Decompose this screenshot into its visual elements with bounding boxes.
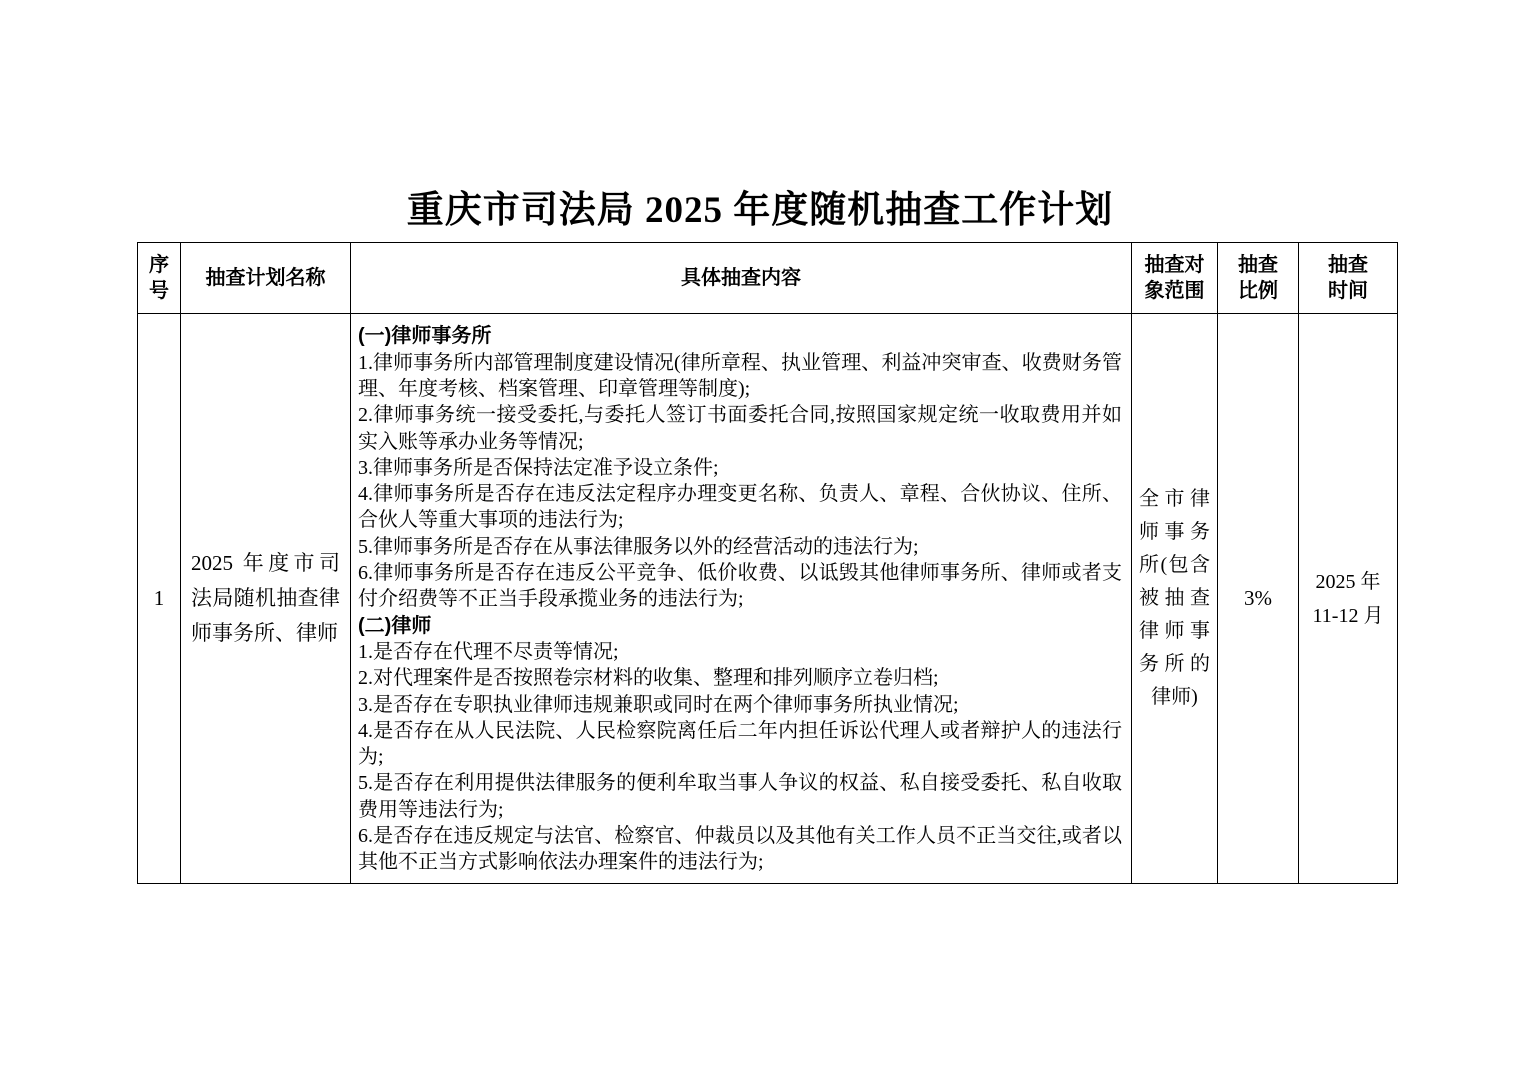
header-label-content: 具体抽查内容 — [681, 267, 801, 289]
header-label-scope: 抽查对象范围 — [1143, 252, 1207, 304]
content-item: 3.是否存在专职执业律师违规兼职或同时在两个律师事务所执业情况; — [358, 692, 1122, 718]
content-item: 6.律师事务所是否存在违反公平竞争、低价收费、以诋毁其他律师事务所、律师或者支付… — [358, 560, 1122, 613]
header-cell-plan-name: 抽查计划名称 — [181, 243, 351, 314]
header-cell-content: 具体抽查内容 — [351, 243, 1132, 314]
content-item: 4.律师事务所是否存在违反法定程序办理变更名称、负责人、章程、合伙协议、住所、合… — [358, 481, 1122, 534]
header-label-index: 序号 — [147, 252, 171, 304]
section-heading-lawyers: (二)律师 — [358, 613, 1122, 639]
content-item: 5.是否存在利用提供法律服务的便利牟取当事人争议的权益、私自接受委托、私自收取费… — [358, 770, 1122, 823]
cell-inspection-content: (一)律师事务所 1.律师事务所内部管理制度建设情况(律所章程、执业管理、利益冲… — [351, 314, 1132, 884]
page: { "title": "重庆市司法局 2025 年度随机抽查工作计划", "ta… — [0, 0, 1520, 1074]
header-cell-time: 抽查时间 — [1299, 243, 1398, 314]
header-cell-index: 序号 — [138, 243, 181, 314]
content-item: 2.律师事务统一接受委托,与委托人签订书面委托合同,按照国家规定统一收取费用并如… — [358, 402, 1122, 455]
cell-plan-name: 2025 年度市司法局随机抽查律师事务所、律师 — [181, 314, 351, 884]
content-item: 4.是否存在从人民法院、人民检察院离任后二年内担任诉讼代理人或者辩护人的违法行为… — [358, 718, 1122, 771]
table-header-row: 序号 抽查计划名称 具体抽查内容 抽查对象范围 抽查比例 抽查时间 — [138, 243, 1398, 314]
content-item: 3.律师事务所是否保持法定准予设立条件; — [358, 455, 1122, 481]
document-title: 重庆市司法局 2025 年度随机抽查工作计划 — [0, 191, 1520, 232]
cell-inspection-time: 2025 年 11-12 月 — [1299, 314, 1398, 884]
content-item: 5.律师事务所是否存在从事法律服务以外的经营活动的违法行为; — [358, 534, 1122, 560]
header-cell-ratio: 抽查比例 — [1218, 243, 1299, 314]
table-row: 1 2025 年度市司法局随机抽查律师事务所、律师 (一)律师事务所 1.律师事… — [138, 314, 1398, 884]
section-heading-law-firms: (一)律师事务所 — [358, 323, 1122, 349]
content-item: 6.是否存在违反规定与法官、检察官、仲裁员以及其他有关工作人员不正当交往,或者以… — [358, 823, 1122, 876]
content-item: 1.律师事务所内部管理制度建设情况(律所章程、执业管理、利益冲突审查、收费财务管… — [358, 350, 1122, 403]
content-item: 1.是否存在代理不尽责等情况; — [358, 639, 1122, 665]
inspection-plan-table: 序号 抽查计划名称 具体抽查内容 抽查对象范围 抽查比例 抽查时间 1 2025… — [137, 242, 1398, 884]
header-label-time: 抽查时间 — [1326, 252, 1370, 304]
cell-serial-number: 1 — [138, 314, 181, 884]
cell-inspection-ratio: 3% — [1218, 314, 1299, 884]
header-label-ratio: 抽查比例 — [1236, 252, 1280, 304]
header-label-plan-name: 抽查计划名称 — [206, 267, 326, 289]
content-item: 2.对代理案件是否按照卷宗材料的收集、整理和排列顺序立卷归档; — [358, 665, 1122, 691]
cell-inspection-scope: 全市律师事务所(包含被抽查律师事务所的律师) — [1132, 314, 1218, 884]
header-cell-scope: 抽查对象范围 — [1132, 243, 1218, 314]
